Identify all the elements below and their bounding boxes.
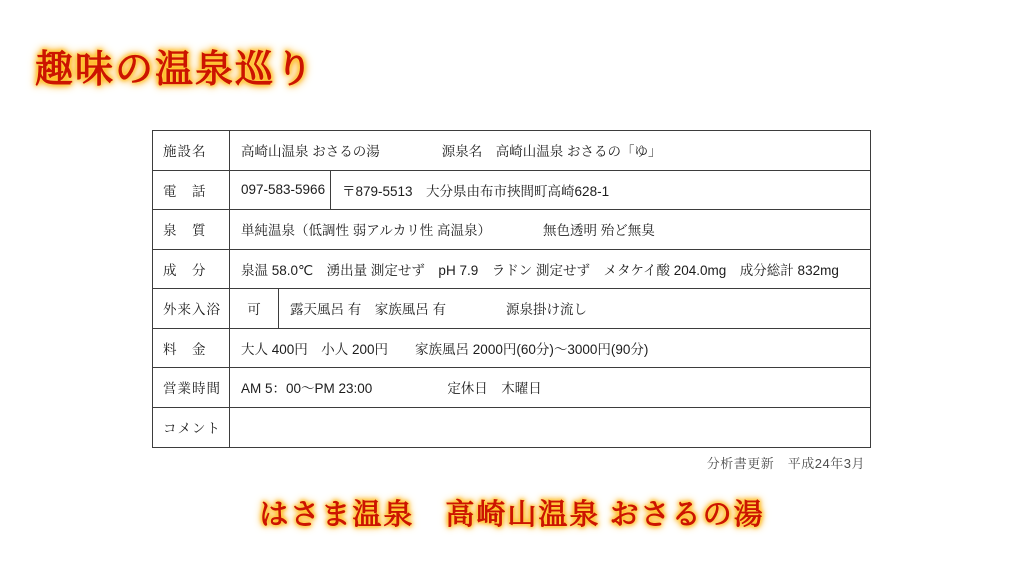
table-row-components: 成 分 泉温 58.0℃ 湧出量 測定せず pH 7.9 ラドン 測定せず メタ… — [153, 250, 870, 290]
closed-day: 定休日 木曜日 — [447, 377, 542, 397]
appearance-odor: 無色透明 殆ど無臭 — [543, 219, 655, 239]
row-label: 営業時間 — [153, 368, 230, 407]
facility-name: 高崎山温泉 おさるの湯 — [241, 140, 380, 160]
day-visit-allowed: 可 — [230, 289, 279, 328]
components: 泉温 58.0℃ 湧出量 測定せず pH 7.9 ラドン 測定せず メタケイ酸 … — [230, 250, 870, 289]
row-label: 施設名 — [153, 131, 230, 170]
flow-type: 源泉掛け流し — [506, 298, 587, 318]
row-value: 単純温泉（低調性 弱アルカリ性 高温泉） 無色透明 殆ど無臭 — [230, 210, 870, 249]
row-label: 成 分 — [153, 250, 230, 289]
row-label: 泉 質 — [153, 210, 230, 249]
row-label: 電 話 — [153, 171, 230, 210]
opening-hours: AM 5：00～PM 23:00 — [241, 377, 372, 397]
table-row-hours: 営業時間 AM 5：00～PM 23:00 定休日 木曜日 — [153, 368, 870, 408]
bath-facilities: 露天風呂 有 家族風呂 有 源泉掛け流し — [279, 289, 870, 328]
row-label: 外来入浴 — [153, 289, 230, 328]
table-row-facility-name: 施設名 高崎山温泉 おさるの湯 源泉名 高崎山温泉 おさるの「ゆ」 — [153, 131, 870, 171]
price: 大人 400円 小人 200円 家族風呂 2000円(60分)～3000円(90… — [230, 329, 870, 368]
bottom-title: はさま温泉 高崎山温泉 おさるの湯 — [0, 492, 1024, 533]
spring-quality: 単純温泉（低調性 弱アルカリ性 高温泉） — [241, 219, 491, 239]
page-title: 趣味の温泉巡り — [35, 38, 315, 93]
bath-types: 露天風呂 有 家族風呂 有 — [290, 298, 446, 318]
row-value: 高崎山温泉 おさるの湯 源泉名 高崎山温泉 おさるの「ゆ」 — [230, 131, 870, 170]
analysis-update-note: 分析書更新 平成24年3月 — [152, 453, 865, 472]
slide: 趣味の温泉巡り 施設名 高崎山温泉 おさるの湯 源泉名 高崎山温泉 おさるの「ゆ… — [0, 0, 1024, 576]
row-label: コメント — [153, 408, 230, 448]
onsen-spec-table: 施設名 高崎山温泉 おさるの湯 源泉名 高崎山温泉 おさるの「ゆ」 電 話 09… — [152, 130, 871, 448]
table-row-comment: コメント — [153, 408, 870, 448]
table-row-spring-quality: 泉 質 単純温泉（低調性 弱アルカリ性 高温泉） 無色透明 殆ど無臭 — [153, 210, 870, 250]
comment — [230, 408, 870, 448]
table-row-day-visit: 外来入浴 可 露天風呂 有 家族風呂 有 源泉掛け流し — [153, 289, 870, 329]
phone-number: 097-583-5966 — [230, 171, 331, 210]
source-name: 源泉名 高崎山温泉 おさるの「ゆ」 — [442, 140, 662, 160]
row-value: AM 5：00～PM 23:00 定休日 木曜日 — [230, 368, 870, 407]
table-row-phone: 電 話 097-583-5966 〒879-5513 大分県由布市挾間町高崎62… — [153, 171, 870, 211]
table-row-price: 料 金 大人 400円 小人 200円 家族風呂 2000円(60分)～3000… — [153, 329, 870, 369]
row-label: 料 金 — [153, 329, 230, 368]
address: 〒879-5513 大分県由布市挾間町高崎628-1 — [331, 171, 870, 210]
